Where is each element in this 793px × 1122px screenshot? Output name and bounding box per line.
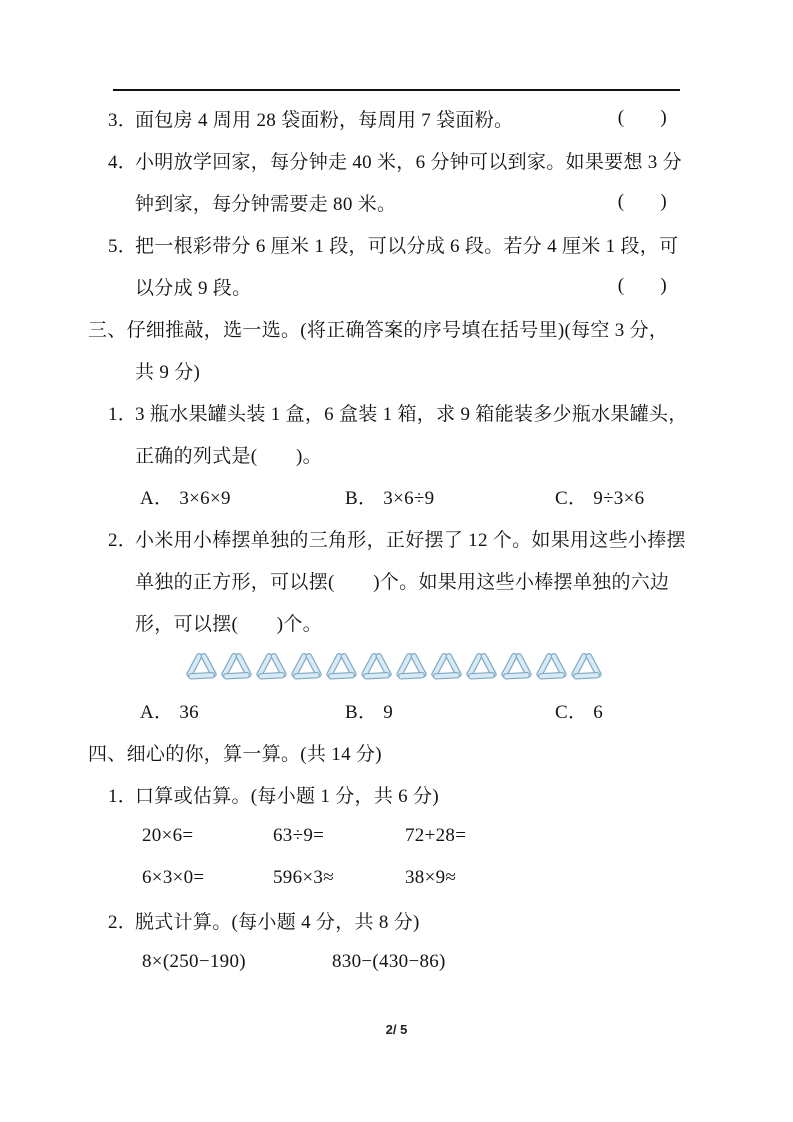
section3-heading-line1: 三、仔细推敲，选一选。(将正确答案的序号填在括号里)(每空 3 分，	[88, 307, 681, 349]
option-label: B．	[345, 702, 377, 723]
option-value: 9÷3×6	[593, 488, 644, 509]
question-number: 3．	[108, 105, 135, 132]
answer-bracket: ( )	[618, 191, 681, 213]
option-value: 3×6÷9	[383, 488, 434, 509]
bracket-close: )	[660, 191, 667, 213]
option-value: 9	[383, 702, 393, 723]
bracket-open: (	[618, 191, 625, 213]
question-number: 1．	[108, 399, 135, 426]
bracket-close: )	[660, 107, 667, 129]
choice-q2-options: A．36 B．9 C．6	[88, 689, 681, 731]
question-number: 2．	[108, 907, 135, 934]
math-expression: 596×3≈	[273, 867, 405, 889]
choice-q2-line3: 形，可以摆( )个。	[88, 601, 681, 643]
choice-q2-line2: 单独的正方形，可以摆( )个。如果用这些小棒摆单独的六边	[88, 559, 681, 601]
section3-heading-line2: 共 9 分)	[88, 349, 681, 391]
answer-bracket: ( )	[618, 107, 681, 129]
judge-q4-line2: 钟到家，每分钟需要走 80 米。 ( )	[88, 181, 681, 223]
triangle-sticks-icon	[430, 646, 463, 686]
math-expression: 8×(250−190)	[142, 951, 332, 973]
triangle-sticks-icon	[535, 646, 568, 686]
triangle-row	[88, 643, 681, 689]
question-text: 单独的正方形，可以摆( )个。如果用这些小棒摆单独的六边	[135, 567, 669, 594]
answer-bracket: ( )	[618, 275, 681, 297]
question-text: 以分成 9 段。	[135, 273, 251, 300]
option-label: C．	[555, 488, 587, 509]
calc-row-2: 6×3×0= 596×3≈ 38×9≈	[88, 857, 681, 899]
question-text: 小明放学回家，每分钟走 40 米，6 分钟可以到家。如果要想 3 分	[135, 147, 682, 174]
calc-sub2-heading: 2． 脱式计算。(每小题 4 分，共 8 分)	[88, 899, 681, 941]
option-value: 3×6×9	[179, 488, 230, 509]
option-a: A．36	[140, 697, 345, 724]
question-number: 2．	[108, 525, 135, 552]
math-expression: 38×9≈	[405, 867, 456, 889]
question-text: 把一根彩带分 6 厘米 1 段，可以分成 6 段。若分 4 厘米 1 段，可	[135, 231, 678, 258]
option-b: B．9	[345, 697, 555, 724]
option-a: A．3×6×9	[140, 483, 345, 510]
worksheet-content: 3． 面包房 4 周用 28 袋面粉，每周用 7 袋面粉。 ( ) 4． 小明放…	[88, 89, 681, 983]
question-text: 小米用小棒摆单独的三角形，正好摆了 12 个。如果用这些小捧摆	[135, 525, 686, 552]
judge-q4-line1: 4． 小明放学回家，每分钟走 40 米，6 分钟可以到家。如果要想 3 分	[88, 139, 681, 181]
question-text: 面包房 4 周用 28 袋面粉，每周用 7 袋面粉。	[135, 105, 513, 132]
section4-heading: 四、细心的你，算一算。(共 14 分)	[88, 731, 681, 773]
section-heading: 三、仔细推敲，选一选。(将正确答案的序号填在括号里)(每空 3 分，	[88, 315, 668, 342]
option-c: C．9÷3×6	[555, 483, 644, 510]
option-value: 6	[593, 702, 603, 723]
triangle-sticks-icon	[255, 646, 288, 686]
choice-q1-line2: 正确的列式是( )。	[88, 433, 681, 475]
question-text: 口算或估算。(每小题 1 分，共 6 分)	[135, 781, 439, 808]
triangle-sticks-icon	[570, 646, 603, 686]
expr-row: 8×(250−190) 830−(430−86)	[88, 941, 681, 983]
triangle-sticks-icon	[395, 646, 428, 686]
option-value: 36	[179, 702, 199, 723]
option-c: C．6	[555, 697, 603, 724]
triangle-sticks-icon	[185, 646, 218, 686]
section-heading: 四、细心的你，算一算。(共 14 分)	[88, 739, 382, 766]
bracket-close: )	[660, 275, 667, 297]
question-text: 3 瓶水果罐头装 1 盒，6 盒装 1 箱，求 9 箱能装多少瓶水果罐头，	[135, 399, 688, 426]
option-label: C．	[555, 702, 587, 723]
triangle-sticks-icon	[220, 646, 253, 686]
question-text: 钟到家，每分钟需要走 80 米。	[135, 189, 396, 216]
option-b: B．3×6÷9	[345, 483, 555, 510]
top-divider	[113, 89, 680, 91]
triangle-sticks-icon	[465, 646, 498, 686]
triangle-sticks-icon	[500, 646, 533, 686]
question-text: 脱式计算。(每小题 4 分，共 8 分)	[135, 907, 420, 934]
math-expression: 6×3×0=	[142, 867, 273, 889]
page-number: 2/ 5	[0, 1022, 793, 1037]
question-number: 5．	[108, 231, 135, 258]
option-label: B．	[345, 488, 377, 509]
judge-q5-line2: 以分成 9 段。 ( )	[88, 265, 681, 307]
triangle-sticks-icon	[290, 646, 323, 686]
math-expression: 830−(430−86)	[332, 951, 446, 973]
bracket-open: (	[618, 275, 625, 297]
judge-q5-line1: 5． 把一根彩带分 6 厘米 1 段，可以分成 6 段。若分 4 厘米 1 段，…	[88, 223, 681, 265]
question-text: 正确的列式是( )。	[135, 441, 322, 468]
question-number: 4．	[108, 147, 135, 174]
judge-q3: 3． 面包房 4 周用 28 袋面粉，每周用 7 袋面粉。 ( )	[88, 97, 681, 139]
choice-q1-options: A．3×6×9 B．3×6÷9 C．9÷3×6	[88, 475, 681, 517]
question-text: 形，可以摆( )个。	[135, 609, 322, 636]
question-number: 1．	[108, 781, 135, 808]
choice-q1-line1: 1． 3 瓶水果罐头装 1 盒，6 盒装 1 箱，求 9 箱能装多少瓶水果罐头，	[88, 391, 681, 433]
triangle-sticks-icon	[325, 646, 358, 686]
calc-sub1-heading: 1． 口算或估算。(每小题 1 分，共 6 分)	[88, 773, 681, 815]
option-label: A．	[140, 702, 173, 723]
math-expression: 20×6=	[142, 825, 273, 847]
math-expression: 63÷9=	[273, 825, 405, 847]
worksheet-page: 3． 面包房 4 周用 28 袋面粉，每周用 7 袋面粉。 ( ) 4． 小明放…	[0, 0, 793, 1122]
calc-row-1: 20×6= 63÷9= 72+28=	[88, 815, 681, 857]
choice-q2-line1: 2． 小米用小棒摆单独的三角形，正好摆了 12 个。如果用这些小捧摆	[88, 517, 681, 559]
option-label: A．	[140, 488, 173, 509]
triangle-sticks-icon	[360, 646, 393, 686]
section-heading: 共 9 分)	[135, 357, 200, 384]
math-expression: 72+28=	[405, 825, 466, 847]
bracket-open: (	[618, 107, 625, 129]
